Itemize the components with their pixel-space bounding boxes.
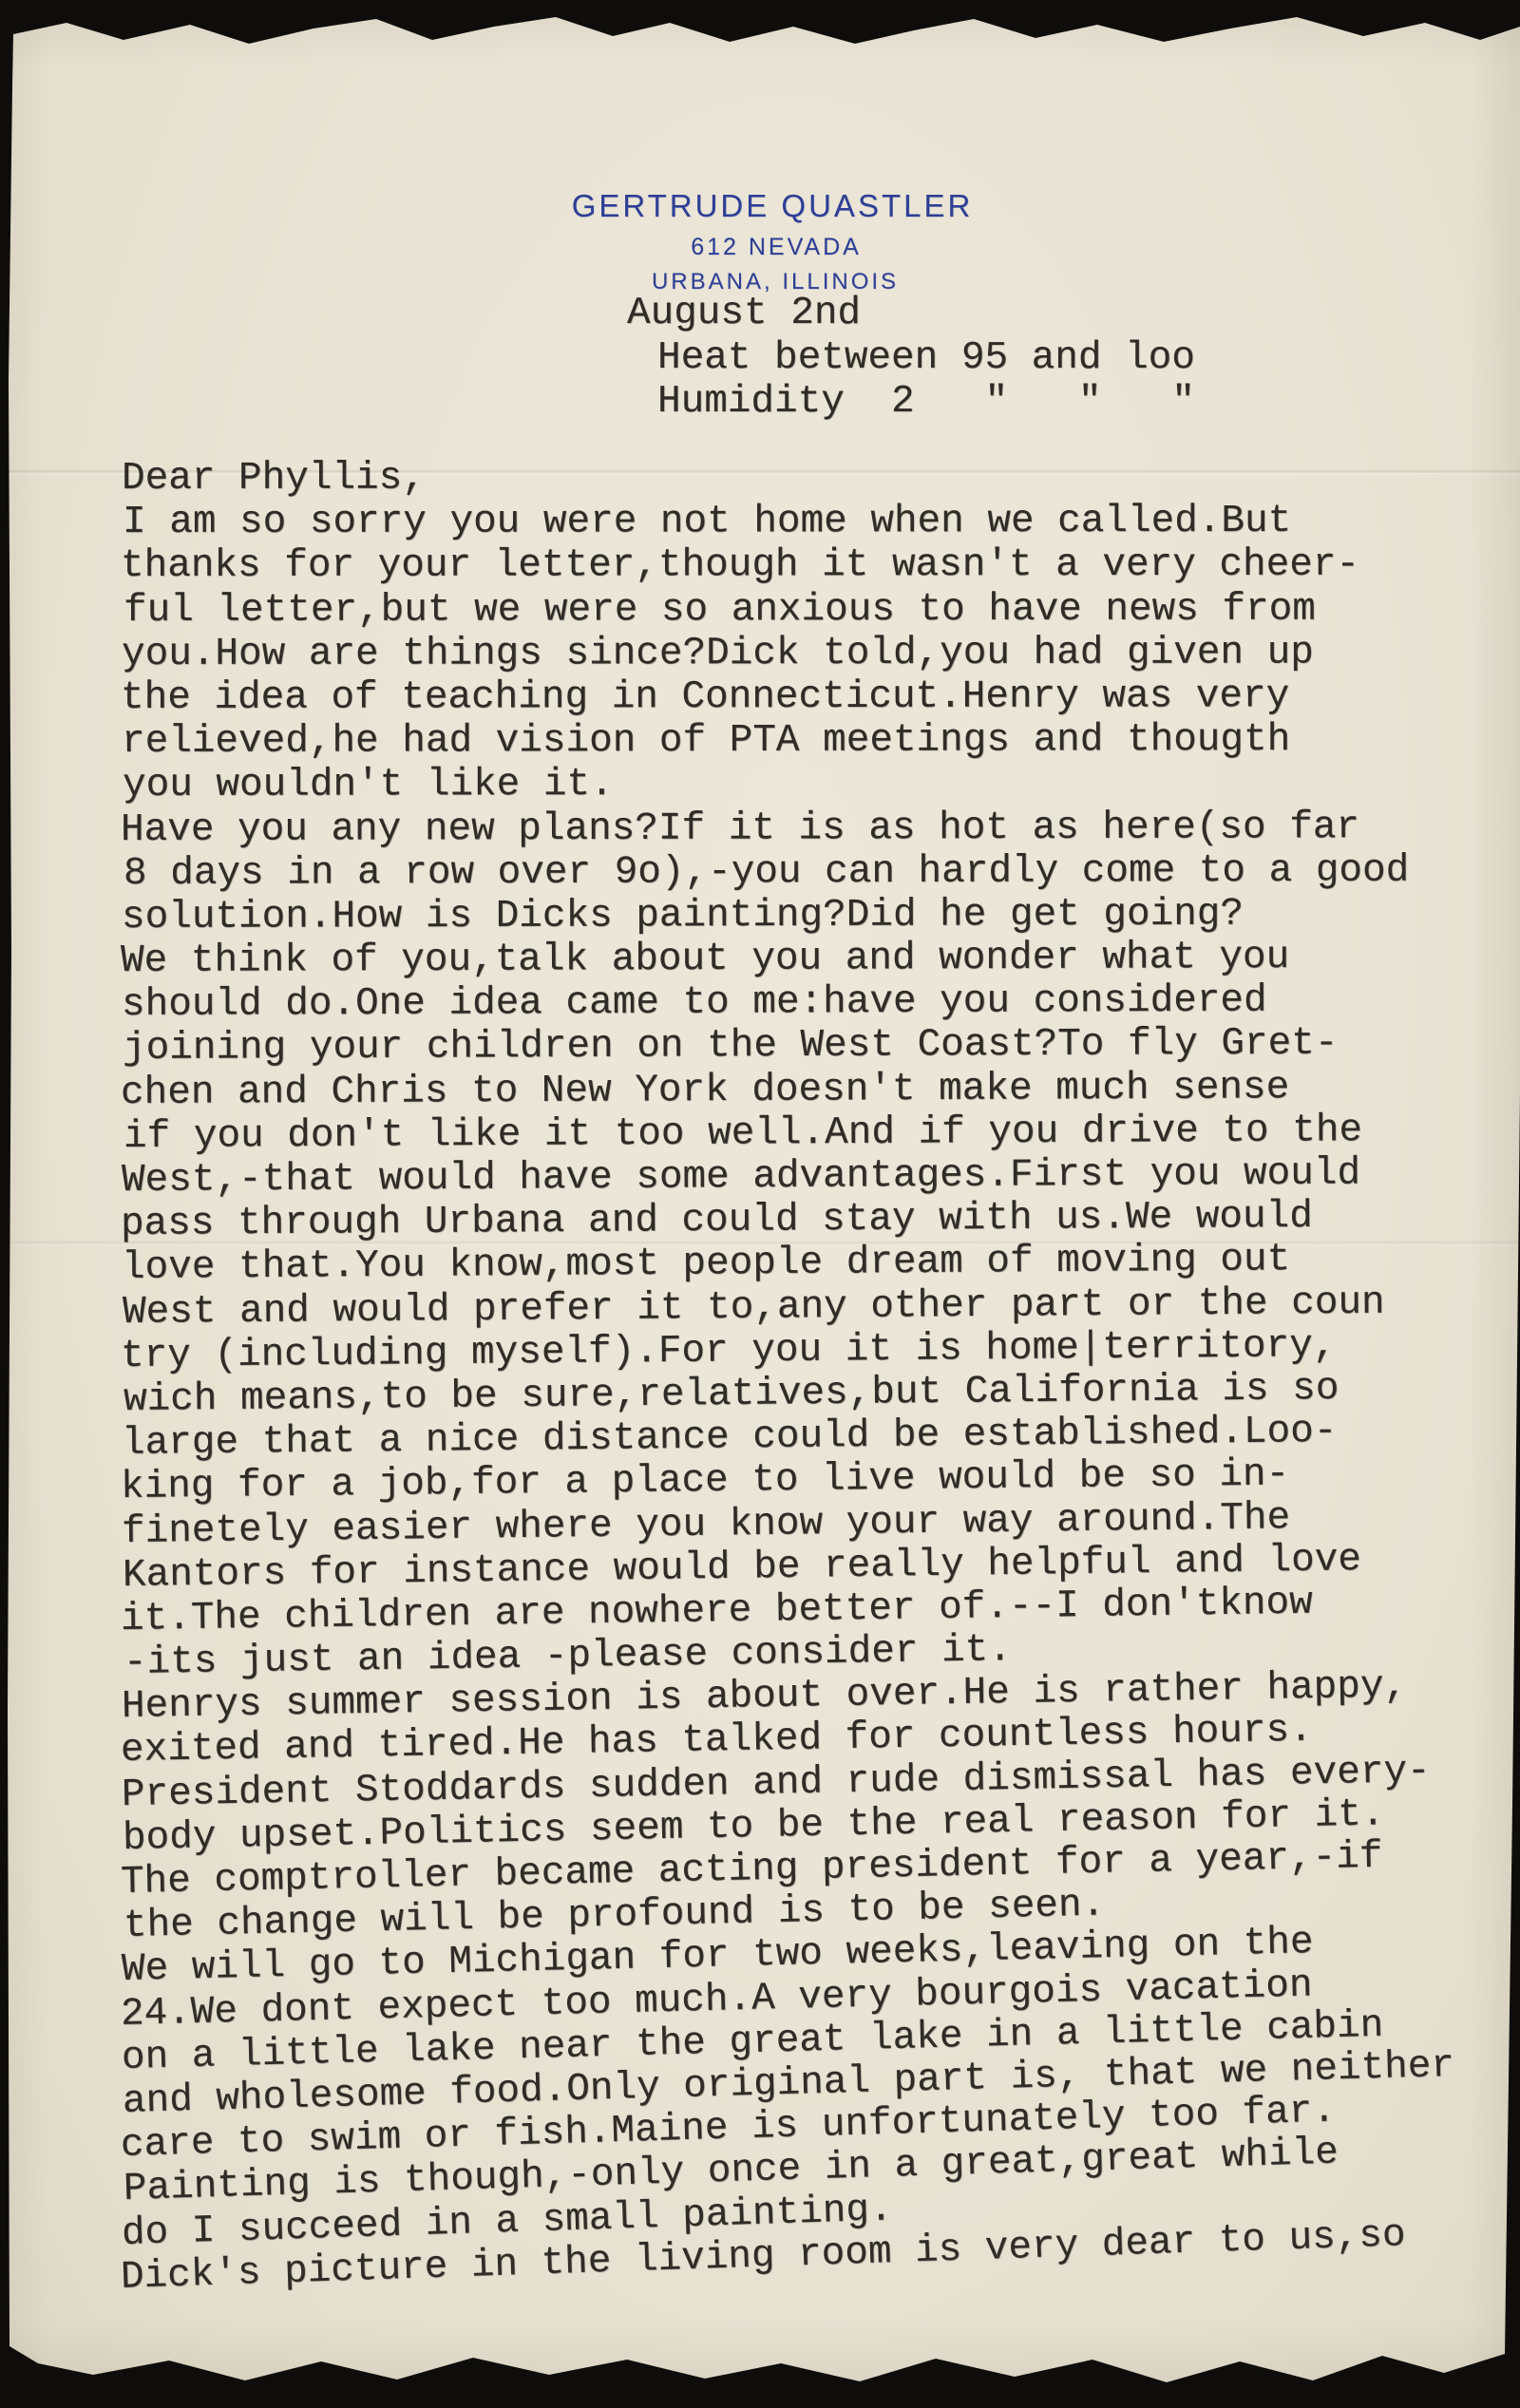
letter-line: Dear Phyllis, — [122, 456, 1490, 501]
letterhead-name: GERTRUDE QUASTLER — [572, 188, 974, 224]
letter-line: should do.One idea came to me:have you c… — [122, 978, 1490, 1027]
letter-line: 8 days in a row over 9o),-you can hardly… — [123, 848, 1491, 896]
letter-line: We think of you,talk about you and wonde… — [121, 935, 1489, 983]
scanned-letter: GERTRUDE QUASTLER 612 NEVADA URBANA, ILL… — [0, 0, 1520, 2408]
letter-line: ful letter,but we were so anxious to hav… — [123, 587, 1491, 633]
letter-paper: GERTRUDE QUASTLER 612 NEVADA URBANA, ILL… — [0, 0, 1520, 2408]
date-line: August 2nd — [627, 293, 861, 335]
letter-line: relieved,he had vision of PTA meetings a… — [122, 718, 1490, 764]
letterhead-address-line1: 612 NEVADA — [691, 234, 862, 261]
letter-line: you wouldn't like it. — [123, 762, 1491, 808]
letter-line: Have you any new plans?If it is as hot a… — [121, 805, 1489, 851]
letter-line: solution.How is Dicks painting?Did he ge… — [122, 892, 1490, 939]
letter-line: you.How are things since?Dick told,you h… — [122, 631, 1490, 676]
letter-line: chen and Chris to New York doesn't make … — [121, 1065, 1489, 1115]
humidity-line: Humidity 2 " " " — [657, 381, 1195, 424]
letter-line: thanks for your letter,though it wasn't … — [121, 543, 1489, 589]
letter-line: the idea of teaching in Connecticut.Henr… — [121, 674, 1489, 720]
letter-body: Dear Phyllis,I am so sorry you were not … — [122, 457, 1490, 2300]
heat-line: Heat between 95 and loo — [657, 337, 1195, 380]
letter-line: joining your children on the West Coast?… — [123, 1022, 1491, 1071]
letter-line: I am so sorry you were not home when we … — [123, 500, 1491, 544]
